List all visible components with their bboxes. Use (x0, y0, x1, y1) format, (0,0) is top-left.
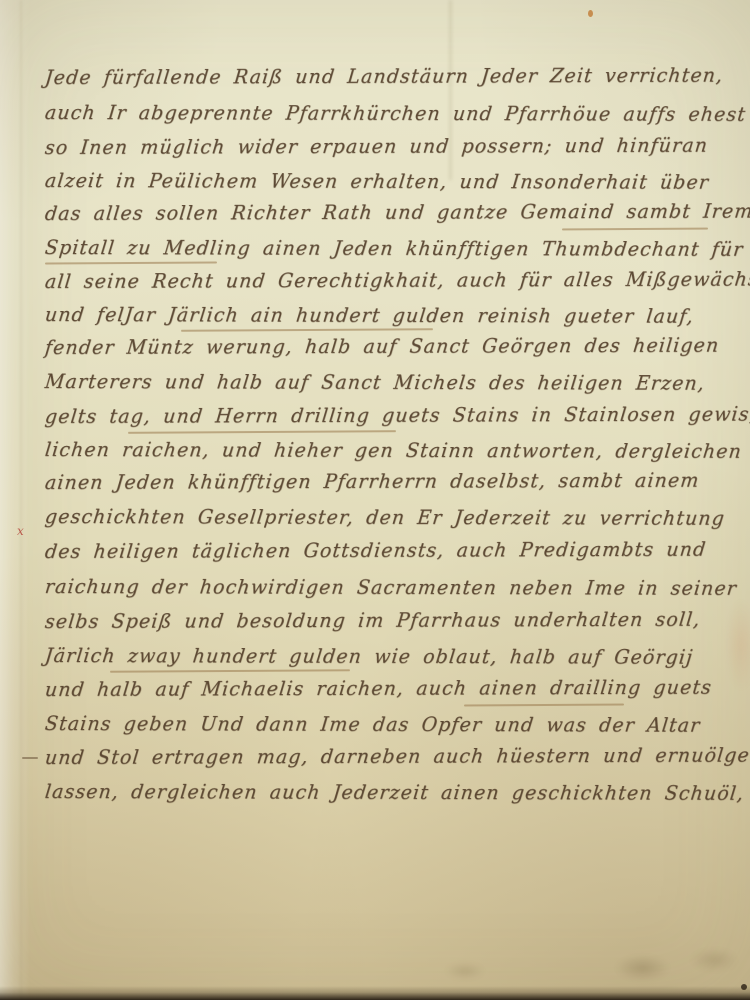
manuscript-line-21: und Stol ertragen mag, darneben auch hüe… (44, 743, 750, 770)
manuscript-line-18: Järlich zway hundert gulden wie oblaut, … (44, 644, 695, 670)
manuscript-line-7: all seine Recht und Gerechtigkhait, auch… (44, 268, 750, 294)
ink-underline-ainen-drailling (464, 704, 624, 707)
manuscript-line-12: lichen raichen, und hieher gen Stainn an… (44, 438, 744, 464)
margin-red-x-mark: x (17, 524, 24, 538)
manuscript-line-5: das alles sollen Richter Rath und gantze… (44, 200, 750, 226)
manuscript-line-9: fender Müntz werung, halb auf Sanct Geör… (44, 334, 721, 360)
manuscript-line-22: lassen, dergleichen auch Jederzeit ainen… (44, 780, 746, 806)
manuscript-page-photo: Jede fürfallende Raiß und Landstäurn Jed… (0, 0, 750, 1000)
paper-stain (690, 948, 738, 972)
margin-dash-mark (22, 757, 38, 759)
page-left-fold (20, 0, 22, 1000)
ink-underline-sambt-irem (562, 228, 708, 231)
manuscript-line-13: ainen Jeden khünfftigen Pfarrherrn dasel… (44, 469, 701, 495)
manuscript-line-4: alzeit in Peülichem Wesen erhalten, und … (44, 169, 711, 195)
manuscript-line-17: selbs Speiß und besoldung im Pfarrhaus u… (44, 608, 702, 634)
manuscript-line-6: Spitall zu Medling ainen Jeden khünfftig… (44, 236, 745, 262)
ink-speck (588, 10, 593, 17)
manuscript-line-20: Stains geben Und dann Ime das Opfer und … (44, 712, 702, 738)
paper-stain (445, 962, 485, 980)
page-bottom-edge-shadow (0, 986, 750, 1000)
manuscript-line-14: geschickhten Gesellpriester, den Er Jede… (44, 505, 727, 531)
manuscript-line-10: Marterers und halb auf Sanct Michels des… (44, 370, 707, 396)
manuscript-line-16: raichung der hochwirdigen Sacramenten ne… (44, 575, 739, 601)
manuscript-line-1: Jede fürfallende Raiß und Landstäurn Jed… (44, 64, 725, 90)
ink-underline-drilling-stains (128, 430, 396, 434)
manuscript-line-2: auch Ir abgeprennte Pfarrkhürchen und Pf… (44, 101, 748, 127)
paper-stain (726, 600, 750, 690)
ink-underline-spitall-medling (45, 261, 217, 264)
manuscript-line-8: und felJar Järlich ain hundert gulden re… (44, 303, 696, 329)
paper-stain (615, 955, 670, 981)
manuscript-line-3: so Inen müglich wider erpauen und posser… (44, 134, 710, 160)
ink-underline-zway-hundert (110, 669, 350, 672)
manuscript-line-11: gelts tag, und Herrn drilling guets Stai… (44, 403, 750, 429)
ink-underline-hundert-gulden (181, 328, 433, 332)
manuscript-line-19: und halb auf Michaelis raichen, auch ain… (44, 676, 713, 702)
manuscript-line-15: des heiligen täglichen Gottsdiensts, auc… (44, 538, 708, 564)
